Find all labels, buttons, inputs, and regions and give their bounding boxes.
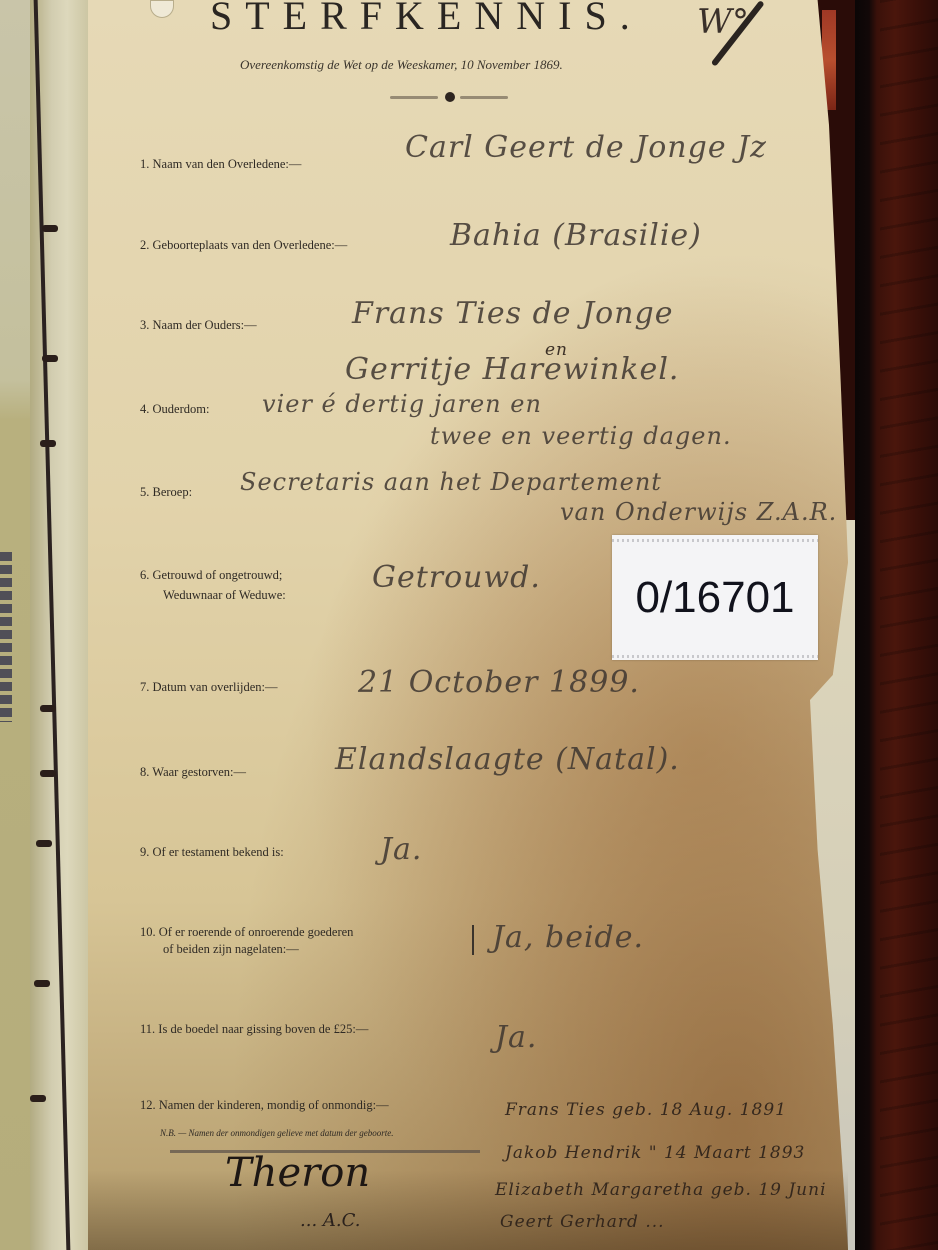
child-2: Jakob Hendrik " 14 Maart 1893: [505, 1143, 805, 1163]
field-11-label: 11. Is de boedel naar gissing boven de £…: [140, 1022, 368, 1037]
archive-number: 0/16701: [612, 573, 818, 623]
adjacent-page-text: [0, 552, 12, 722]
stitch: [40, 770, 56, 777]
child-3: Elizabeth Margaretha geb. 19 Juni: [495, 1180, 827, 1200]
field-6-value: Getrouwd.: [372, 560, 541, 595]
field-10-label-line2: of beiden zijn nagelaten:—: [163, 942, 299, 957]
field-11-value: Ja.: [495, 1020, 537, 1055]
ornament-divider: [390, 92, 510, 102]
field-5-label: 5. Beroep:: [140, 485, 192, 500]
field-3-value-father: Frans Ties de Jonge: [352, 296, 673, 331]
field-12-note: N.B. — Namen der onmondigen gelieve met …: [160, 1128, 393, 1138]
document-title: STERFKENNIS.: [210, 0, 643, 39]
field-2-value: Bahia (Brasilie): [450, 218, 702, 253]
stitch: [42, 355, 58, 362]
field-9-value: Ja.: [380, 832, 422, 867]
signature: Theron: [225, 1150, 370, 1196]
field-1-label: 1. Naam van den Overledene:—: [140, 157, 301, 172]
field-4-label: 4. Ouderdom:: [140, 402, 209, 417]
document-subtitle: Overeenkomstig de Wet op de Weeskamer, 1…: [240, 57, 563, 73]
field-12-label: 12. Namen der kinderen, mondig of onmond…: [140, 1098, 389, 1113]
stitch: [34, 980, 50, 987]
field-3-value-mother: Gerritje Harewinkel.: [345, 352, 679, 387]
signature-suffix: ... A.C.: [300, 1210, 360, 1231]
archive-label-sticker: 0/16701: [612, 535, 818, 660]
field-7-value: 21 October 1899.: [358, 665, 640, 700]
field-8-value: Elandslaagte (Natal).: [335, 742, 680, 777]
field-5-value-line2: van Onderwijs Z.A.R.: [560, 498, 837, 526]
stitch: [36, 840, 52, 847]
field-7-label: 7. Datum van overlijden:—: [140, 680, 277, 695]
stitch: [40, 705, 56, 712]
field-4-value: vier é dertig jaren en: [262, 390, 542, 418]
wood-grain: [880, 0, 938, 1250]
stitch: [42, 225, 58, 232]
field-10-label: 10. Of er roerende of onroerende goedere…: [140, 925, 353, 940]
stitch: [40, 440, 56, 447]
field-4-value-line2: twee en veertig dagen.: [430, 422, 732, 450]
field-3-label: 3. Naam der Ouders:—: [140, 318, 257, 333]
field-1-value: Carl Geert de Jonge Jz: [405, 130, 767, 165]
field-6-label-line2: Weduwnaar of Weduwe:: [163, 588, 286, 603]
field-9-label: 9. Of er testament bekend is:: [140, 845, 284, 860]
field-10-brace: [472, 925, 474, 955]
field-2-label: 2. Geboorteplaats van den Overledene:—: [140, 238, 347, 253]
field-8-label: 8. Waar gestorven:—: [140, 765, 246, 780]
field-5-value: Secretaris aan het Departement: [240, 468, 662, 496]
field-6-label: 6. Getrouwd of ongetrouwd;: [140, 568, 282, 583]
stitch: [30, 1095, 46, 1102]
child-4: Geert Gerhard ...: [500, 1212, 665, 1232]
child-1: Frans Ties geb. 18 Aug. 1891: [505, 1100, 787, 1120]
field-10-value: Ja, beide.: [492, 920, 644, 955]
